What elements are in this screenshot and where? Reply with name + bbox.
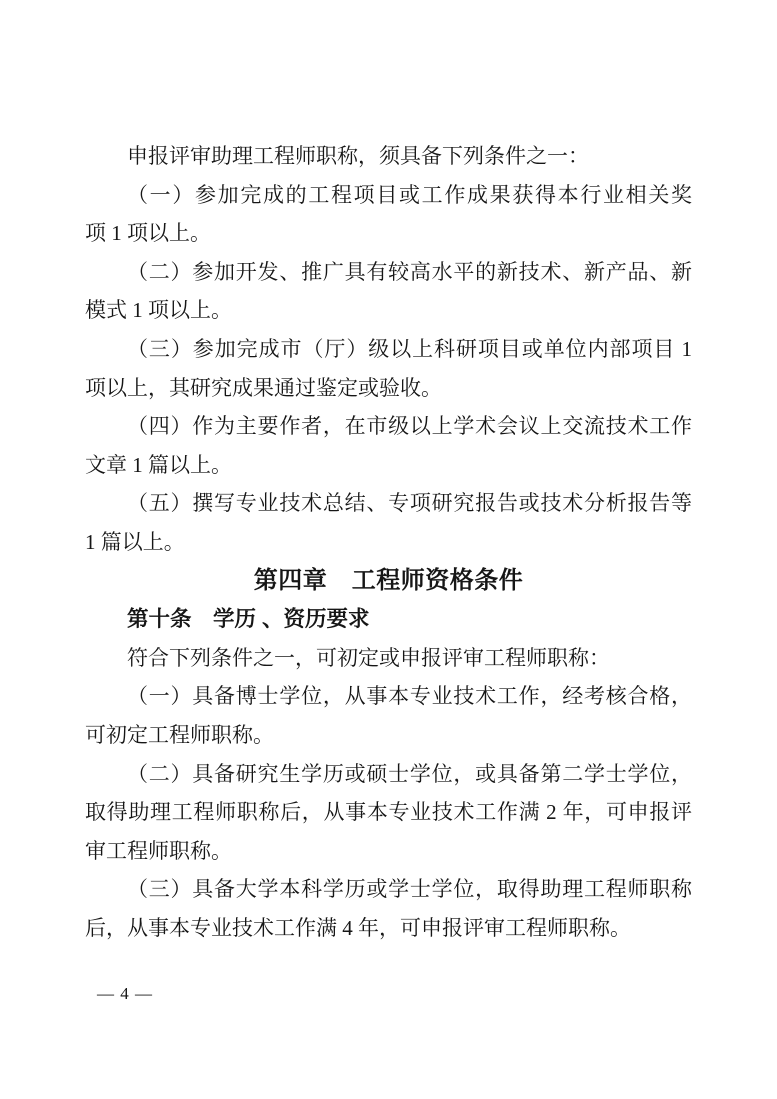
chapter-heading: 第四章 工程师资格条件 (85, 562, 692, 601)
text-line: （四）作为主要作者，在市级以上学术会议上交流技术工作 (85, 407, 692, 446)
text-line: 后，从事本专业技术工作满 4 年，可申报评审工程师职称。 (85, 909, 692, 948)
text-line: （二）参加开发、推广具有较高水平的新技术、新产品、新 (85, 253, 692, 292)
text-line: （一）具备博士学位，从事本专业技术工作，经考核合格， (85, 677, 692, 716)
text-line: 可初定工程师职称。 (85, 716, 692, 755)
text-line: 项 1 项以上。 (85, 214, 692, 253)
text-line: 项以上，其研究成果通过鉴定或验收。 (85, 369, 692, 408)
text-line: 审工程师职称。 (85, 832, 692, 871)
text-line: （一）参加完成的工程项目或工作成果获得本行业相关奖 (85, 176, 692, 215)
text-line: 申报评审助理工程师职称，须具备下列条件之一： (85, 137, 692, 176)
text-line: 取得助理工程师职称后，从事本专业技术工作满 2 年，可申报评 (85, 793, 692, 832)
document-page: 申报评审助理工程师职称，须具备下列条件之一：（一）参加完成的工程项目或工作成果获… (0, 0, 777, 1099)
document-text-column: 申报评审助理工程师职称，须具备下列条件之一：（一）参加完成的工程项目或工作成果获… (85, 137, 692, 947)
text-line: （三）具备大学本科学历或学士学位，取得助理工程师职称 (85, 870, 692, 909)
section-heading: 第十条 学历 、资历要求 (85, 600, 692, 639)
text-line: 模式 1 项以上。 (85, 291, 692, 330)
text-line: 1 篇以上。 (85, 523, 692, 562)
page-number: — 4 — (97, 984, 153, 1004)
text-line: （二）具备研究生学历或硕士学位，或具备第二学士学位， (85, 755, 692, 794)
text-line: （三）参加完成市（厅）级以上科研项目或单位内部项目 1 (85, 330, 692, 369)
text-line: 符合下列条件之一，可初定或申报评审工程师职称： (85, 639, 692, 678)
text-line: （五）撰写专业技术总结、专项研究报告或技术分析报告等 (85, 484, 692, 523)
text-line: 文章 1 篇以上。 (85, 446, 692, 485)
